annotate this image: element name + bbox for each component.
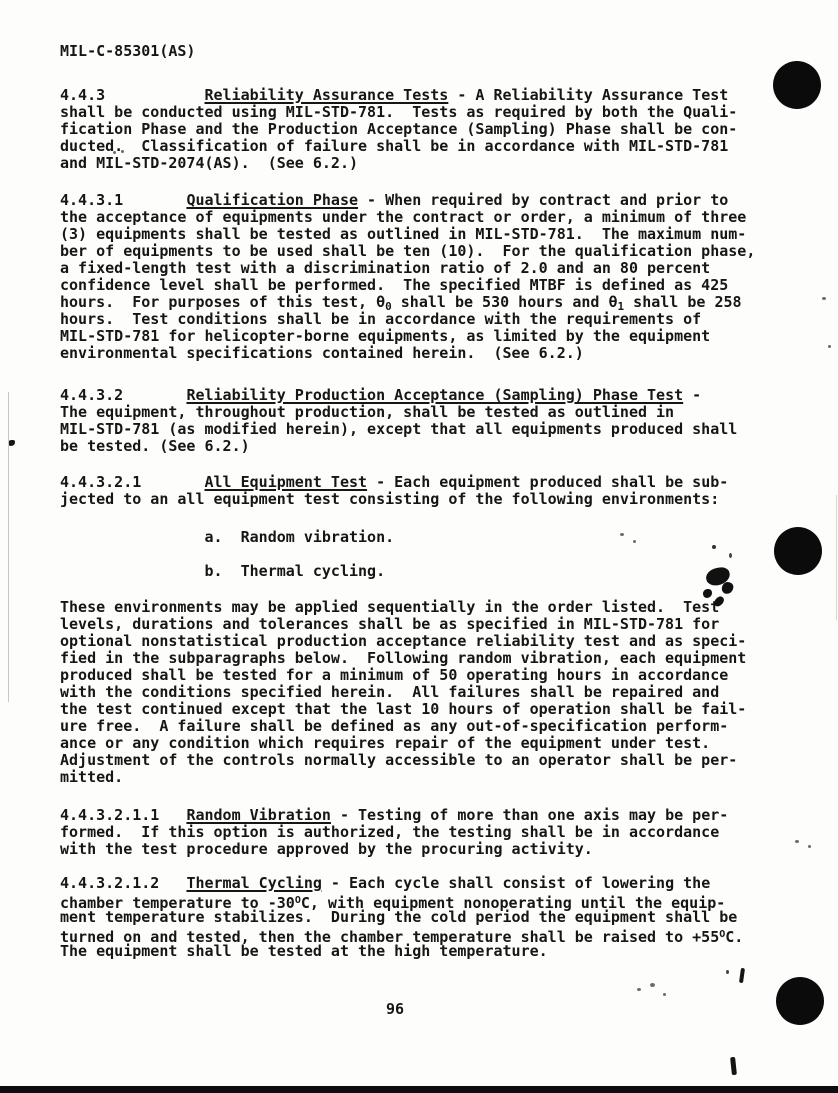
text-line: with the conditions specified herein. Al… [60, 684, 746, 701]
underlined-heading: Reliability Assurance Tests [205, 86, 449, 104]
scan-speck [633, 540, 636, 543]
text-segment: mitted. [60, 768, 123, 786]
text-line: confidence level shall be performed. The… [60, 277, 755, 294]
text-segment: levels, durations and tolerances shall b… [60, 615, 719, 633]
text-segment: a fixed-length test with a discriminatio… [60, 259, 710, 277]
text-line: formed. If this option is authorized, th… [60, 824, 728, 841]
page-number: 96 [386, 1001, 404, 1018]
text-line: shall be conducted using MIL-STD-781. Te… [60, 104, 737, 121]
text-segment: optional nonstatistical production accep… [60, 632, 746, 650]
text-line: The equipment, throughout production, sh… [60, 404, 737, 421]
text-segment: formed. If this option is authorized, th… [60, 823, 719, 841]
underlined-heading: All Equipment Test [205, 473, 368, 491]
text-line: fied in the subparagraphs below. Followi… [60, 650, 746, 667]
scan-speck [113, 151, 116, 154]
text-segment: with the conditions specified herein. Al… [60, 683, 719, 701]
text-segment: 4.4.3.2 [60, 386, 186, 404]
text-segment: be tested. (See 6.2.) [60, 437, 250, 455]
text-line: a fixed-length test with a discriminatio… [60, 260, 755, 277]
text-line: 4.4.3.2.1 All Equipment Test - Each equi… [60, 474, 728, 491]
underlined-heading: Random Vibration [186, 806, 331, 824]
text-segment: jected to an all equipment test consisti… [60, 490, 719, 508]
scan-speck [726, 970, 729, 974]
text-line: MIL-STD-781 (as modified herein), except… [60, 421, 737, 438]
text-line: levels, durations and tolerances shall b… [60, 616, 746, 633]
text-line: These environments may be applied sequen… [60, 599, 746, 616]
text-segment: b. Thermal cycling. [60, 562, 385, 580]
text-line: be tested. (See 6.2.) [60, 438, 737, 455]
registration-dot-icon [776, 977, 824, 1025]
text-segment: shall be conducted using MIL-STD-781. Te… [60, 103, 737, 121]
text-line: fication Phase and the Production Accept… [60, 121, 737, 138]
text-segment: produced shall be tested for a minimum o… [60, 666, 728, 684]
text-line: ber of equipments to be used shall be te… [60, 243, 755, 260]
ink-squiggle [730, 1057, 737, 1075]
text-segment: - [683, 386, 701, 404]
text-segment: a. Random vibration. [60, 528, 394, 546]
ink-speck [8, 440, 15, 446]
text-segment: fied in the subparagraphs below. Followi… [60, 649, 746, 667]
scan-speck [808, 845, 811, 848]
text-segment: 4.4.3 [60, 86, 205, 104]
registration-dot-icon [774, 527, 822, 575]
scan-speck [822, 297, 826, 300]
text-segment: hours. Test conditions shall be in accor… [60, 310, 701, 328]
text-segment: MIL-STD-781 for helicopter-borne equipme… [60, 327, 710, 345]
list-item-b: b. Thermal cycling. [60, 563, 385, 580]
text-line: turned on and tested, then the chamber t… [60, 926, 743, 943]
text-segment: ure free. A failure shall be defined as … [60, 717, 728, 735]
text-line: ducted. Classification of failure shall … [60, 138, 737, 155]
text-segment: with the test procedure approved by the … [60, 840, 593, 858]
text-line: 4.4.3 Reliability Assurance Tests - A Re… [60, 87, 737, 104]
text-segment: confidence level shall be performed. The… [60, 276, 728, 294]
scan-speck [663, 993, 666, 996]
scan-bottom-bar [0, 1086, 838, 1093]
text-segment: hours. For purposes of this test, θ [60, 293, 385, 311]
text-line: 4.4.3.2.1.2 Thermal Cycling - Each cycle… [60, 875, 743, 892]
text-line: mitted. [60, 769, 746, 786]
text-line: a. Random vibration. [60, 529, 394, 546]
para-4-4-3-2-1-1: 4.4.3.2.1.1 Random Vibration - Testing o… [60, 807, 728, 858]
underlined-heading: Qualification Phase [186, 191, 358, 209]
text-segment: the acceptance of equipments under the c… [60, 208, 746, 226]
text-segment: ment temperature stabilizes. During the … [60, 908, 737, 926]
text-line: ment temperature stabilizes. During the … [60, 909, 743, 926]
text-segment: ducted. Classification of failure shall … [60, 137, 728, 155]
text-line: MIL-STD-781 for helicopter-borne equipme… [60, 328, 755, 345]
text-line: 4.4.3.2 Reliability Production Acceptanc… [60, 387, 737, 404]
text-line: optional nonstatistical production accep… [60, 633, 746, 650]
para-environments: These environments may be applied sequen… [60, 599, 746, 786]
text-segment: - Each equipment produced shall be sub- [367, 473, 728, 491]
text-segment: 4.4.3.2.1 [60, 473, 205, 491]
scan-speck [650, 983, 655, 987]
para-4-4-3-2: 4.4.3.2 Reliability Production Acceptanc… [60, 387, 737, 455]
scan-edge-line [836, 495, 837, 620]
text-segment: and MIL-STD-2074(AS). (See 6.2.) [60, 154, 358, 172]
scan-edge-line [8, 392, 9, 702]
text-line: ance or any condition which requires rep… [60, 735, 746, 752]
text-segment: - When required by contract and prior to [358, 191, 728, 209]
text-segment: The equipment shall be tested at the hig… [60, 942, 548, 960]
scan-speck [795, 840, 799, 843]
text-segment: fication Phase and the Production Accept… [60, 120, 737, 138]
text-segment: shall be 258 [624, 293, 741, 311]
underlined-heading: Thermal Cycling [186, 874, 321, 892]
text-segment: C. [725, 928, 743, 946]
scan-speck [620, 533, 624, 536]
text-line: 4.4.3.1 Qualification Phase - When requi… [60, 192, 755, 209]
document-page: MIL-C-85301(AS) 4.4.3 Reliability Assura… [0, 0, 838, 1093]
text-segment: 4.4.3.2.1.2 [60, 874, 186, 892]
scan-speck [828, 345, 831, 348]
text-segment: 4.4.3.1 [60, 191, 186, 209]
text-segment: - A Reliability Assurance Test [448, 86, 728, 104]
text-segment: These environments may be applied sequen… [60, 598, 719, 616]
text-line: jected to an all equipment test consisti… [60, 491, 728, 508]
text-segment: The equipment, throughout production, sh… [60, 403, 674, 421]
text-segment: ber of equipments to be used shall be te… [60, 242, 755, 260]
registration-dot-icon [773, 61, 821, 109]
text-segment: (3) equipments shall be tested as outlin… [60, 225, 746, 243]
underlined-heading: Reliability Production Acceptance (Sampl… [186, 386, 683, 404]
ink-speck [729, 553, 732, 558]
text-line: (3) equipments shall be tested as outlin… [60, 226, 755, 243]
text-segment: - Testing of more than one axis may be p… [331, 806, 728, 824]
text-line: 4.4.3.2.1.1 Random Vibration - Testing o… [60, 807, 728, 824]
ink-smudge [703, 589, 712, 598]
text-segment: Adjustment of the controls normally acce… [60, 751, 737, 769]
text-segment: ance or any condition which requires rep… [60, 734, 710, 752]
text-segment: shall be 530 hours and θ [392, 293, 618, 311]
text-segment: - Each cycle shall consist of lowering t… [322, 874, 710, 892]
para-4-4-3-1: 4.4.3.1 Qualification Phase - When requi… [60, 192, 755, 362]
text-line: the test continued except that the last … [60, 701, 746, 718]
scan-speck [121, 150, 124, 153]
text-line: with the test procedure approved by the … [60, 841, 728, 858]
text-segment: the test continued except that the last … [60, 700, 746, 718]
list-item-a: a. Random vibration. [60, 529, 394, 546]
text-line: Adjustment of the controls normally acce… [60, 752, 746, 769]
ink-squiggle [739, 968, 745, 983]
para-4-4-3: 4.4.3 Reliability Assurance Tests - A Re… [60, 87, 737, 172]
text-segment: 4.4.3.2.1.1 [60, 806, 186, 824]
document-number-header: MIL-C-85301(AS) [60, 43, 195, 60]
text-line: hours. Test conditions shall be in accor… [60, 311, 755, 328]
text-line: environmental specifications contained h… [60, 345, 755, 362]
text-line: the acceptance of equipments under the c… [60, 209, 755, 226]
text-line: ure free. A failure shall be defined as … [60, 718, 746, 735]
text-line: and MIL-STD-2074(AS). (See 6.2.) [60, 155, 737, 172]
text-line: produced shall be tested for a minimum o… [60, 667, 746, 684]
text-line: hours. For purposes of this test, θ0 sha… [60, 294, 755, 311]
text-line: b. Thermal cycling. [60, 563, 385, 580]
scan-speck [637, 988, 641, 991]
text-line: chamber temperature to -30OC, with equip… [60, 892, 743, 909]
text-segment: environmental specifications contained h… [60, 344, 584, 362]
text-segment: MIL-STD-781 (as modified herein), except… [60, 420, 737, 438]
ink-speck [712, 545, 716, 549]
para-4-4-3-2-1: 4.4.3.2.1 All Equipment Test - Each equi… [60, 474, 728, 508]
para-4-4-3-2-1-2: 4.4.3.2.1.2 Thermal Cycling - Each cycle… [60, 875, 743, 960]
